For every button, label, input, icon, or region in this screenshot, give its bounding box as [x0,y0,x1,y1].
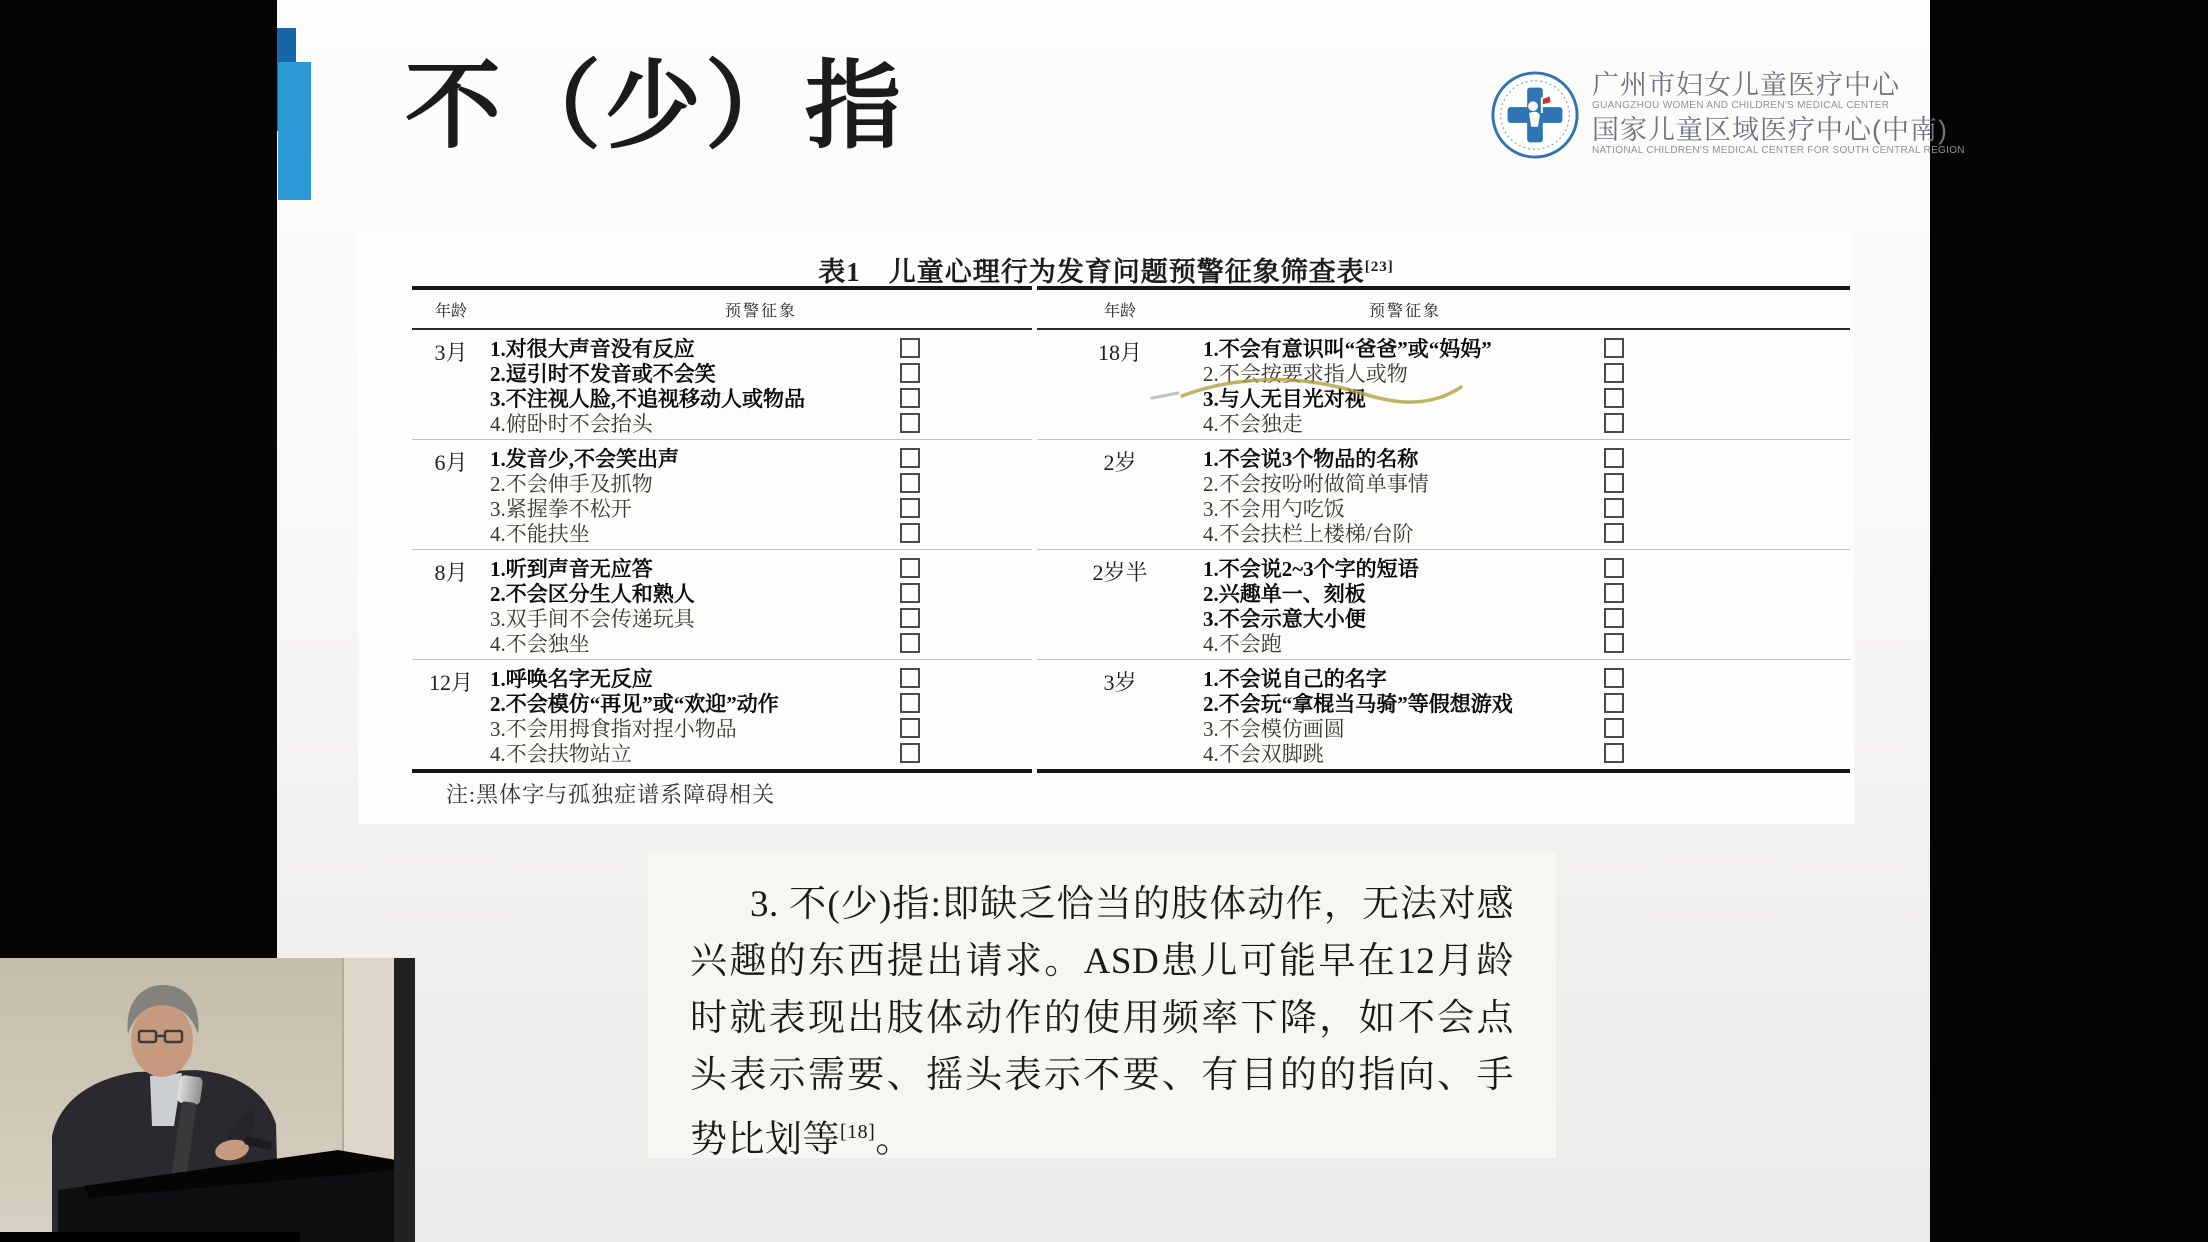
table-caption: 表1 儿童心理行为发育问题预警征象筛查表[23] [358,250,1854,289]
excerpt-paragraph-end: 。 [875,1119,913,1160]
sign-text: 4.不会扶栏上楼梯/台阶 [1203,518,1604,548]
age-group-2y: 2岁 1.不会说3个物品的名称 2.不会按吩咐做简单事情 3.不会用勺吃饭 4.… [1037,440,1850,550]
sign-list: 1.不会说3个物品的名称 2.不会按吩咐做简单事情 3.不会用勺吃饭 4.不会扶… [1203,445,1850,545]
sign-row: 2.不会伸手及抓物 [490,470,1032,495]
sign-row: 1.听到声音无应答 [490,555,1032,580]
sign-text: 4.不会独走 [1203,408,1604,438]
center-name-zh: 国家儿童区域医疗中心(中南) [1592,115,1965,145]
checkbox[interactable] [1604,448,1624,468]
sign-row: 1.呼唤名字无反应 [490,665,1032,690]
age-label: 6月 [412,445,490,545]
sign-row: 4.不会双脚跳 [1203,740,1850,765]
age-group-8m: 8月 1.听到声音无应答 2.不会区分生人和熟人 3.双手间不会传递玩具 4.不… [412,550,1032,660]
sign-row: 3.不会用拇食指对捏小物品 [490,715,1032,740]
sign-row: 4.不会扶物站立 [490,740,1032,765]
table-header-left: 年龄 预警征象 [412,290,1032,330]
checkbox[interactable] [900,473,920,493]
sign-list: 1.不会说2~3个字的短语 2.兴趣单一、刻板 3.不会示意大小便 4.不会跑 [1203,555,1850,655]
sign-row: 2.不会模仿“再见”或“欢迎”动作 [490,690,1032,715]
sign-list: 1.不会有意识叫“爸爸”或“妈妈” 2.不会按要求指人或物 3.与人无目光对视 … [1203,335,1850,435]
age-group-12m: 12月 1.呼唤名字无反应 2.不会模仿“再见”或“欢迎”动作 3.不会用拇食指… [412,660,1032,773]
checkbox[interactable] [900,693,920,713]
sign-row: 4.俯卧时不会抬头 [490,410,1032,435]
presentation-slide: 不（少）指 广州市妇女儿童医疗中心 GUANGZHOU WOMEN AND CH… [277,0,1930,1242]
sign-text: 4.不会独坐 [490,628,900,658]
checkbox[interactable] [900,583,920,603]
age-label: 2岁 [1037,445,1203,545]
age-group-3y: 3岁 1.不会说自己的名字 2.不会玩“拿棍当马骑”等假想游戏 3.不会模仿画圆… [1037,660,1850,773]
right-black-bar [1930,0,2208,1242]
sign-row: 1.不会说3个物品的名称 [1203,445,1850,470]
age-label: 3岁 [1037,665,1203,765]
checkbox[interactable] [900,338,920,358]
speaker-video[interactable] [0,958,415,1242]
sign-row: 2.不会区分生人和熟人 [490,580,1032,605]
checkbox[interactable] [1604,558,1624,578]
checkbox[interactable] [900,388,920,408]
hospital-name-zh: 广州市妇女儿童医疗中心 [1592,70,1965,100]
sign-row: 1.不会有意识叫“爸爸”或“妈妈” [1203,335,1850,360]
col-sign-label: 预警征象 [1203,298,1607,321]
sign-row: 3.不会示意大小便 [1203,605,1850,630]
accent-bar-light [278,62,311,200]
excerpt-citation: [18] [840,1121,875,1143]
page-title: 不（少）指 [405,30,905,167]
sign-row: 3.不会模仿画圆 [1203,715,1850,740]
hospital-name-en: GUANGZHOU WOMEN AND CHILDREN'S MEDICAL C… [1592,100,1965,112]
checkbox[interactable] [1604,338,1624,358]
checkbox[interactable] [900,523,920,543]
age-label: 18月 [1037,335,1203,435]
checkbox[interactable] [1604,523,1624,543]
checkbox[interactable] [1604,718,1624,738]
sign-row: 3.紧握拳不松开 [490,495,1032,520]
sign-row: 4.不会独走 [1203,410,1850,435]
sign-row: 3.与人无目光对视 [1203,385,1850,410]
excerpt-paragraph-image: 3. 不(少)指:即缺乏恰当的肢体动作，无法对感兴趣的东西提出请求。ASD患儿可… [648,852,1556,1158]
table-note: 注:黑体字与孤独症谱系障碍相关 [446,778,775,809]
checkbox[interactable] [1604,583,1624,603]
excerpt-paragraph-text: 3. 不(少)指:即缺乏恰当的肢体动作，无法对感兴趣的东西提出请求。ASD患儿可… [690,884,1514,1160]
center-name-en: NATIONAL CHILDREN'S MEDICAL CENTER FOR S… [1592,145,1965,157]
sign-row: 2.不会玩“拿棍当马骑”等假想游戏 [1203,690,1850,715]
sign-list: 1.发音少,不会笑出声 2.不会伸手及抓物 3.紧握拳不松开 4.不能扶坐 [490,445,1032,545]
checkbox[interactable] [900,498,920,518]
sign-text: 4.俯卧时不会抬头 [490,408,900,438]
checkbox[interactable] [1604,363,1624,383]
speaker-video-frame [0,958,415,1242]
sign-row: 2.不会按要求指人或物 [1203,360,1850,385]
checkbox[interactable] [1604,388,1624,408]
table-left-half: 年龄 预警征象 3月 1.对很大声音没有反应 2.逗引时不发音或不会笑 3.不注… [412,286,1032,773]
sign-row: 4.不会扶栏上楼梯/台阶 [1203,520,1850,545]
sign-row: 3.不注视人脸,不追视移动人或物品 [490,385,1032,410]
age-label: 12月 [412,665,490,765]
hospital-cross-emblem-icon [1490,70,1580,160]
checkbox[interactable] [1604,413,1624,433]
checkbox[interactable] [1604,668,1624,688]
sign-row: 2.兴趣单一、刻板 [1203,580,1850,605]
sign-row: 2.逗引时不发音或不会笑 [490,360,1032,385]
table-caption-text: 表1 儿童心理行为发育问题预警征象筛查表 [818,257,1365,287]
sign-list: 1.呼唤名字无反应 2.不会模仿“再见”或“欢迎”动作 3.不会用拇食指对捏小物… [490,665,1032,765]
checkbox[interactable] [1604,633,1624,653]
checkbox[interactable] [1604,608,1624,628]
sign-text: 4.不会双脚跳 [1203,738,1604,768]
sign-row: 3.不会用勺吃饭 [1203,495,1850,520]
checkbox[interactable] [900,743,920,763]
age-group-3m: 3月 1.对很大声音没有反应 2.逗引时不发音或不会笑 3.不注视人脸,不追视移… [412,330,1032,440]
sign-text: 4.不能扶坐 [490,518,900,548]
sign-row: 4.不会跑 [1203,630,1850,655]
checkbox[interactable] [1604,743,1624,763]
age-group-18m: 18月 1.不会有意识叫“爸爸”或“妈妈” 2.不会按要求指人或物 3.与人无目… [1037,330,1850,440]
sign-row: 4.不能扶坐 [490,520,1032,545]
table-caption-ref: [23] [1365,259,1394,275]
age-label: 3月 [412,335,490,435]
age-label: 8月 [412,555,490,655]
sign-row: 4.不会独坐 [490,630,1032,655]
checkbox[interactable] [1604,693,1624,713]
checkbox[interactable] [900,608,920,628]
sign-list: 1.不会说自己的名字 2.不会玩“拿棍当马骑”等假想游戏 3.不会模仿画圆 4.… [1203,665,1850,765]
sign-row: 1.不会说自己的名字 [1203,665,1850,690]
hospital-logo-text: 广州市妇女儿童医疗中心 GUANGZHOU WOMEN AND CHILDREN… [1592,70,1965,157]
checkbox[interactable] [900,718,920,738]
sign-row: 1.对很大声音没有反应 [490,335,1032,360]
excerpt-paragraph: 3. 不(少)指:即缺乏恰当的肢体动作，无法对感兴趣的东西提出请求。ASD患儿可… [690,876,1514,1168]
table-right-half: 年龄 预警征象 18月 1.不会有意识叫“爸爸”或“妈妈” 2.不会按要求指人或… [1037,286,1850,773]
checkbox[interactable] [900,448,920,468]
col-sign-label: 预警征象 [490,298,1032,321]
checkbox[interactable] [1604,473,1624,493]
sign-list: 1.听到声音无应答 2.不会区分生人和熟人 3.双手间不会传递玩具 4.不会独坐 [490,555,1032,655]
screening-table-image: 表1 儿童心理行为发育问题预警征象筛查表[23] 年龄 预警征象 3月 1.对很… [358,228,1854,824]
table-columns: 年龄 预警征象 3月 1.对很大声音没有反应 2.逗引时不发音或不会笑 3.不注… [412,286,1850,773]
sign-row: 2.不会按吩咐做简单事情 [1203,470,1850,495]
age-group-2y6m: 2岁半 1.不会说2~3个字的短语 2.兴趣单一、刻板 3.不会示意大小便 4.… [1037,550,1850,660]
sign-row: 3.双手间不会传递玩具 [490,605,1032,630]
col-age-label: 年龄 [1037,298,1203,321]
age-group-6m: 6月 1.发音少,不会笑出声 2.不会伸手及抓物 3.紧握拳不松开 4.不能扶坐 [412,440,1032,550]
video-bottom-edge [0,1232,300,1242]
video-right-edge [394,958,415,1242]
checkbox[interactable] [900,413,920,433]
checkbox[interactable] [900,558,920,578]
checkbox[interactable] [1604,498,1624,518]
checkbox[interactable] [900,633,920,653]
speaker-face [131,1003,193,1077]
checkbox[interactable] [900,668,920,688]
hospital-logo: 广州市妇女儿童医疗中心 GUANGZHOU WOMEN AND CHILDREN… [1490,70,1965,160]
sign-text: 4.不会跑 [1203,628,1604,658]
sign-row: 1.不会说2~3个字的短语 [1203,555,1850,580]
col-age-label: 年龄 [412,298,490,321]
table-header-right: 年龄 预警征象 [1037,290,1850,330]
age-label: 2岁半 [1037,555,1203,655]
checkbox[interactable] [900,363,920,383]
sign-row: 1.发音少,不会笑出声 [490,445,1032,470]
sign-list: 1.对很大声音没有反应 2.逗引时不发音或不会笑 3.不注视人脸,不追视移动人或… [490,335,1032,435]
sign-text: 4.不会扶物站立 [490,738,900,768]
